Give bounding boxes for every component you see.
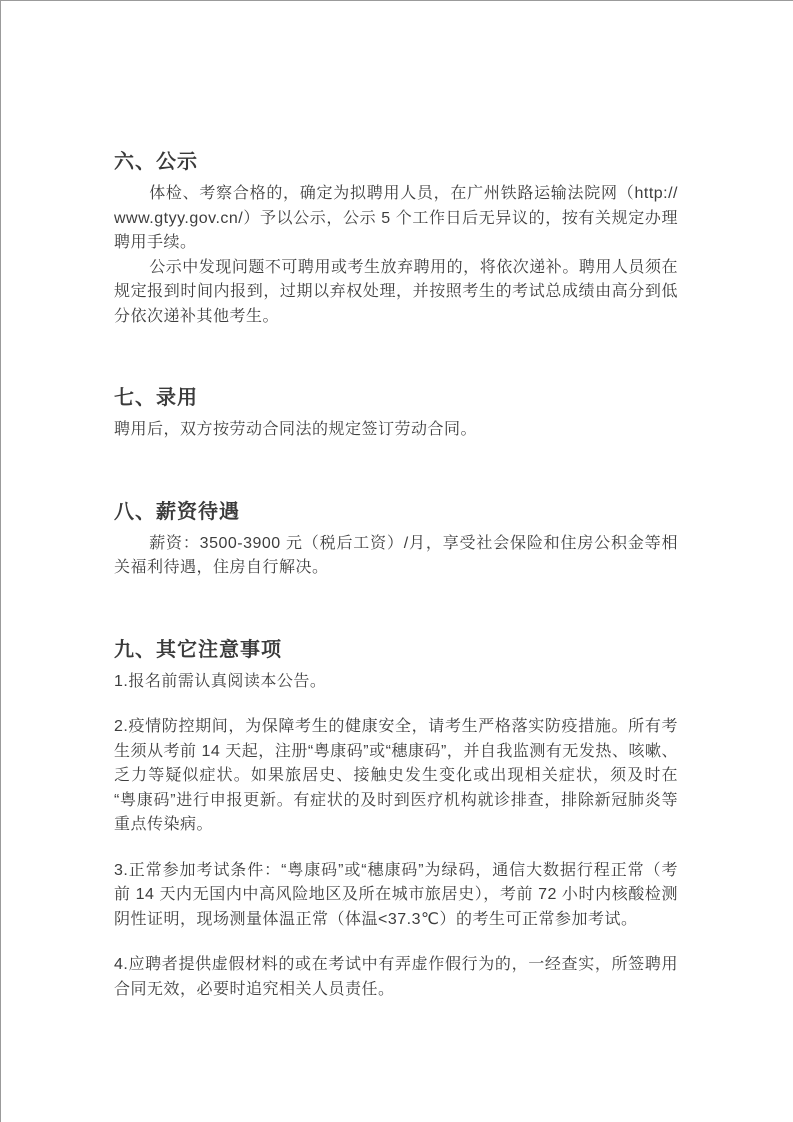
section-heading-salary: 八、薪资待遇 <box>114 499 678 525</box>
paragraph-public-notice-2: 公示中发现问题不可聘用或考生放弃聘用的，将依次递补。聘用人员须在规定报到时间内报… <box>114 256 678 330</box>
paragraph-note-2: 2.疫情防控期间，为保障考生的健康安全，请考生严格落实防疫措施。所有考生须从考前… <box>114 715 678 838</box>
paragraph-note-3: 3.正常参加考试条件：“粤康码”或“穗康码”为绿码，通信大数据行程正常（考前 1… <box>114 859 678 933</box>
paragraph-employment-1: 聘用后，双方按劳动合同法的规定签订劳动合同。 <box>114 418 678 443</box>
paragraph-public-notice-1: 体检、考察合格的，确定为拟聘用人员，在广州铁路运输法院网（http://www.… <box>114 182 678 256</box>
section-heading-other-notes: 九、其它注意事项 <box>114 637 678 663</box>
section-other-notes: 九、其它注意事项 1.报名前需认真阅读本公告。 2.疫情防控期间，为保障考生的健… <box>114 637 678 1003</box>
paragraph-note-4: 4.应聘者提供虚假材料的或在考试中有弄虚作假行为的，一经查实，所签聘用合同无效，… <box>114 953 678 1002</box>
section-employment: 七、录用 聘用后，双方按劳动合同法的规定签订劳动合同。 <box>114 385 678 443</box>
section-public-notice: 六、公示 体检、考察合格的，确定为拟聘用人员，在广州铁路运输法院网（http:/… <box>114 149 678 329</box>
section-salary: 八、薪资待遇 薪资：3500-3900 元（税后工资）/月，享受社会保险和住房公… <box>114 499 678 581</box>
document-page: 六、公示 体检、考察合格的，确定为拟聘用人员，在广州铁路运输法院网（http:/… <box>0 0 793 1122</box>
paragraph-salary-1: 薪资：3500-3900 元（税后工资）/月，享受社会保险和住房公积金等相关福利… <box>114 532 678 581</box>
section-heading-public-notice: 六、公示 <box>114 149 678 175</box>
section-heading-employment: 七、录用 <box>114 385 678 411</box>
paragraph-note-1: 1.报名前需认真阅读本公告。 <box>114 670 678 695</box>
